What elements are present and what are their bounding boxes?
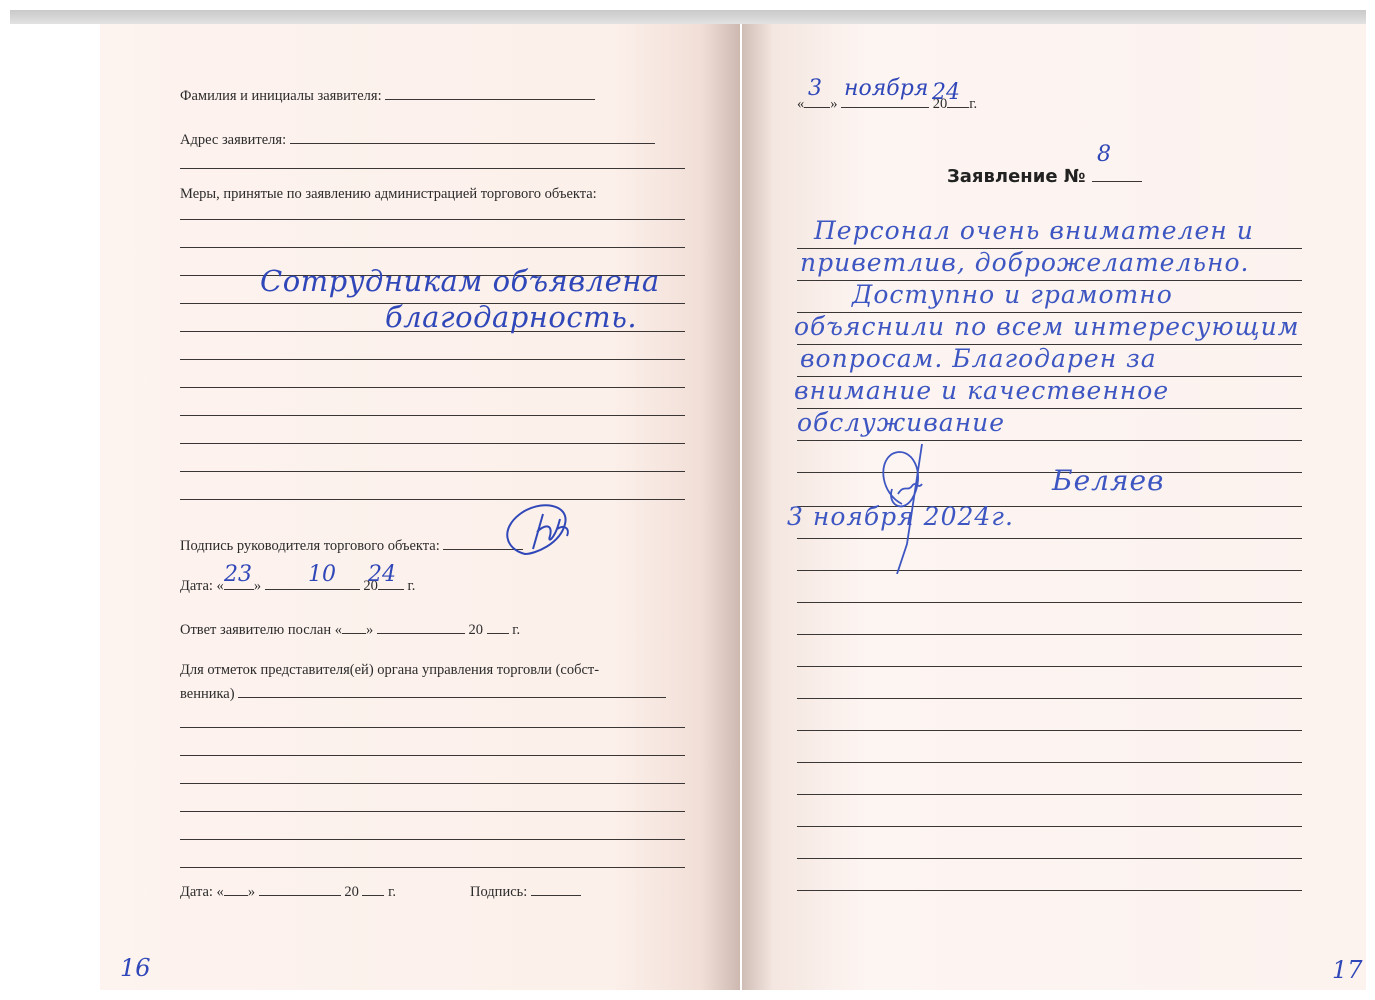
measures-line <box>180 471 685 472</box>
statement-body-line: внимание и качественное <box>794 376 1169 405</box>
reply-year-blank <box>487 620 509 634</box>
applicant-address-label: Адрес заявителя: <box>180 132 286 148</box>
statement-number: 8 <box>1097 142 1111 167</box>
statement-heading: Заявление № <box>947 166 1142 187</box>
signed-date: 3 ноября 2024г. <box>787 502 1014 531</box>
handwritten-day: 3 <box>808 76 822 101</box>
notes-line <box>180 783 685 784</box>
handwritten-day: 23 <box>224 562 252 587</box>
footer-signature-label: Подпись: <box>470 884 527 900</box>
statement-body-line: Доступно и грамотно <box>852 280 1173 309</box>
booklet-spread: Фамилия и инициалы заявителя: Адрес заяв… <box>0 10 1366 990</box>
reply-sent-field: Ответ заявителю послан «» 20 г. <box>180 620 520 639</box>
reply-sent-label: Ответ заявителю послан « <box>180 622 342 638</box>
page-number-right: 17 <box>1332 956 1363 984</box>
notes-line <box>180 839 685 840</box>
page-number-left: 16 <box>120 954 151 982</box>
manager-signature <box>495 494 585 564</box>
statement-body-line: объяснили по всем интересующим <box>794 312 1299 341</box>
measures-line <box>180 499 685 500</box>
applicant-name-label: Фамилия и инициалы заявителя: <box>180 88 382 104</box>
statement-line <box>797 666 1302 667</box>
date-open-quote: « <box>797 96 804 112</box>
footer-signature-field: Подпись: <box>470 882 581 901</box>
measures-handwriting-line1: Сотрудникам объявлена <box>260 264 660 298</box>
authority-notes-field: венника) <box>180 684 666 703</box>
footer-year-prefix: 20 <box>344 884 359 900</box>
notes-line <box>180 811 685 812</box>
applicant-name-blank <box>385 86 595 100</box>
statement-line <box>797 826 1302 827</box>
footer-date-label: Дата: « <box>180 884 224 900</box>
measures-line <box>180 415 685 416</box>
statement-line <box>797 794 1302 795</box>
footer-signature-blank <box>531 882 581 896</box>
notes-line <box>180 867 685 868</box>
statement-line <box>797 698 1302 699</box>
statement-heading-text: Заявление № <box>947 166 1085 187</box>
statement-line <box>797 890 1302 891</box>
applicant-address-blank <box>290 130 655 144</box>
measures-label: Меры, принятые по заявлению администраци… <box>180 186 597 203</box>
notes-line <box>180 755 685 756</box>
address-line-2 <box>180 168 685 169</box>
footer-suffix: г. <box>388 884 396 900</box>
year-suffix: г. <box>969 96 977 112</box>
measures-line <box>180 359 685 360</box>
reply-day-blank <box>342 620 366 634</box>
footer-year-blank <box>362 882 384 896</box>
measures-line <box>180 443 685 444</box>
left-page: Фамилия и инициалы заявителя: Адрес заяв… <box>100 24 740 990</box>
measures-line <box>180 219 685 220</box>
footer-date-field: Дата: «» 20 г. <box>180 882 396 901</box>
date-label: Дата: « <box>180 578 224 594</box>
handwritten-year: 24 <box>932 80 960 105</box>
manager-signature-label: Подпись руководителя торгового объекта: <box>180 538 440 554</box>
statement-body-line: обслуживание <box>797 408 1005 437</box>
measures-handwriting-line2: благодарность. <box>385 300 637 334</box>
reply-quote: » <box>366 622 373 638</box>
notes-line <box>180 727 685 728</box>
footer-day-blank <box>224 882 248 896</box>
authority-notes-label-line2: венника) <box>180 686 235 702</box>
date-close-quote: » <box>830 96 837 112</box>
year-suffix: г. <box>407 578 415 594</box>
footer-quote: » <box>248 884 255 900</box>
authority-notes-blank <box>238 684 666 698</box>
statement-line <box>797 762 1302 763</box>
authority-notes-label-line1: Для отметок представителя(ей) органа упр… <box>180 662 599 679</box>
handwritten-month: 10 <box>308 562 336 587</box>
reply-suffix: г. <box>512 622 520 638</box>
statement-body-line: вопросам. Благодарен за <box>800 344 1157 373</box>
measures-line <box>180 387 685 388</box>
manager-signature-field: Подпись руководителя торгового объекта: <box>180 536 523 555</box>
author-signature: Беляев <box>1052 464 1164 497</box>
statement-line <box>797 602 1302 603</box>
reply-month-blank <box>377 620 465 634</box>
statement-line <box>797 858 1302 859</box>
scan-edge <box>10 10 1366 24</box>
right-page: «» 20г. 3 ноября 24 Заявление № 8 <box>742 24 1366 990</box>
applicant-address-field: Адрес заявителя: <box>180 130 655 149</box>
measures-line <box>180 247 685 248</box>
reply-year-prefix: 20 <box>469 622 484 638</box>
handwritten-month: ноября <box>844 76 928 101</box>
footer-month-blank <box>259 882 341 896</box>
statement-body-line: Персонал очень внимателен и <box>814 216 1254 245</box>
handwritten-year: 24 <box>368 562 396 587</box>
statement-number-blank <box>1092 166 1142 182</box>
statement-body-line: приветлив, доброжелательно. <box>800 248 1249 277</box>
applicant-name-field: Фамилия и инициалы заявителя: <box>180 86 595 105</box>
statement-line <box>797 634 1302 635</box>
statement-line <box>797 730 1302 731</box>
